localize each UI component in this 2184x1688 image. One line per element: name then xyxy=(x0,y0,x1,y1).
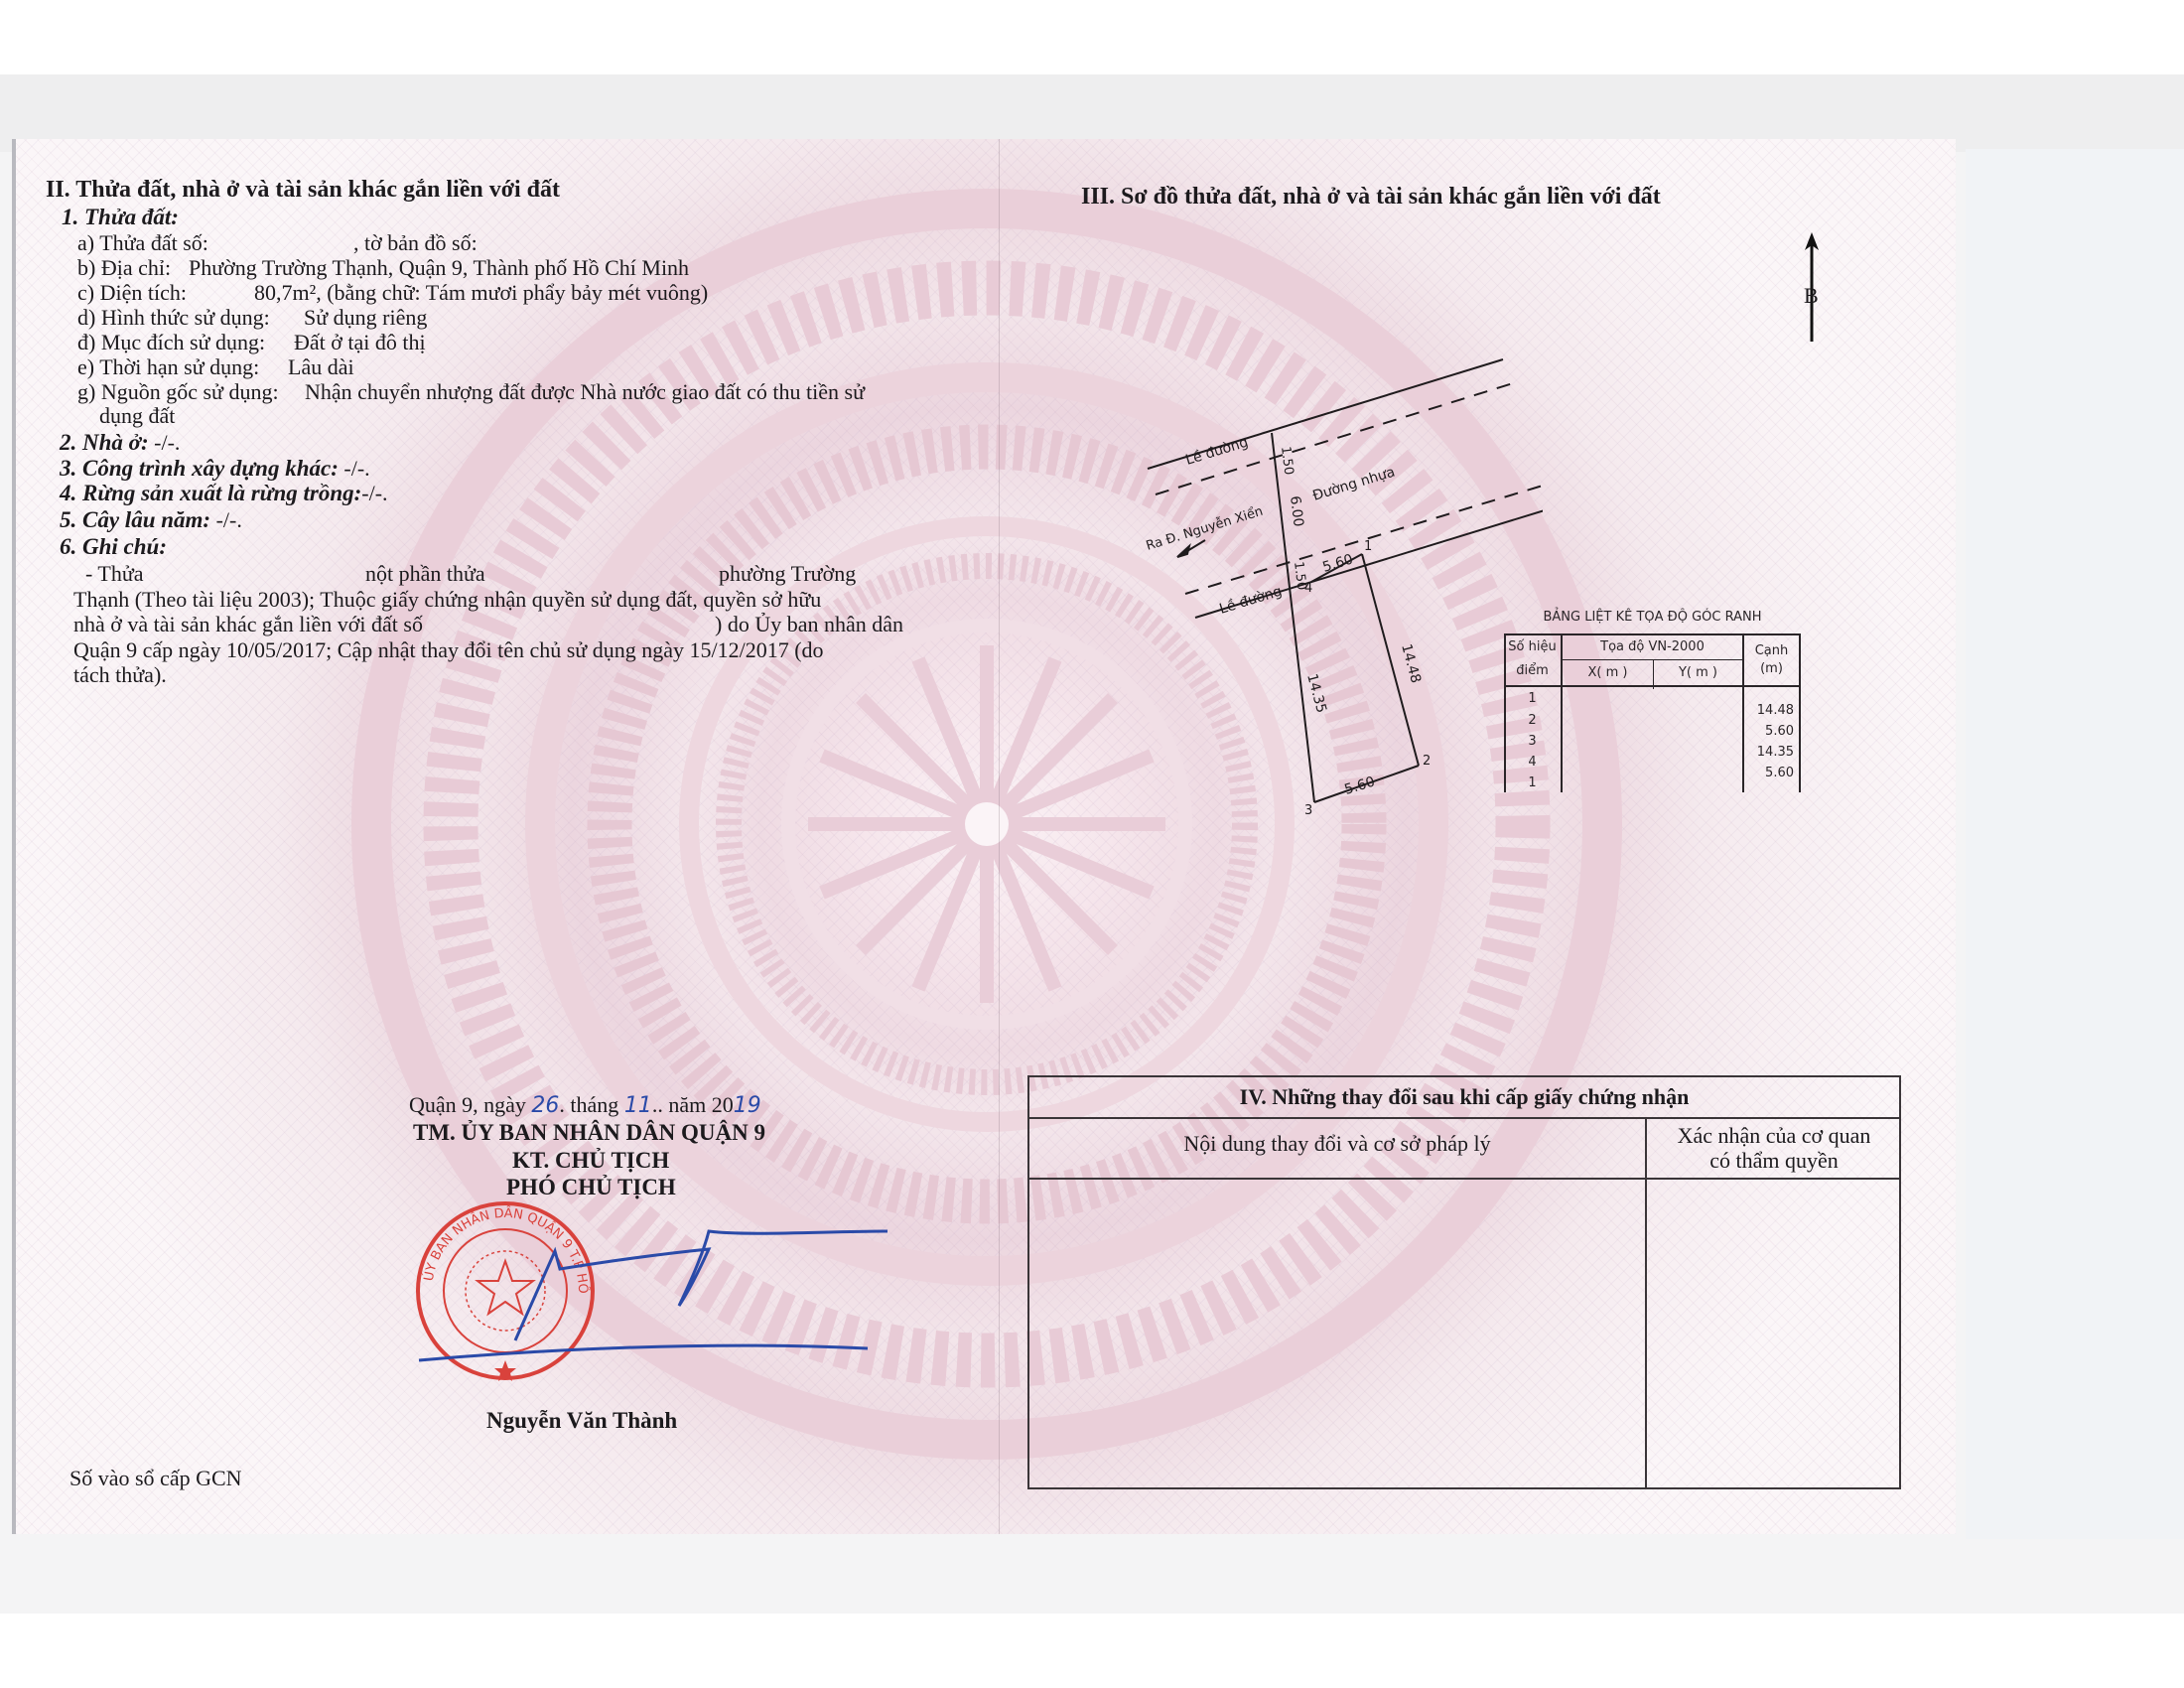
sidewalk-top-label: Lề đường xyxy=(1183,434,1250,469)
changes-content-header: Nội dung thay đổi và cơ sở pháp lý xyxy=(1029,1131,1645,1157)
notes-line1-c: phường Trường xyxy=(719,561,856,587)
perennial-value: -/-. xyxy=(216,507,242,532)
scanner-bed-right xyxy=(1966,149,2184,1539)
coord-table-title: BẢNG LIỆT KÊ TỌA ĐỘ GÓC RANH xyxy=(1504,610,1801,625)
point-3-label: 3 xyxy=(1304,803,1312,818)
signing-date: Quận 9, ngày 26. tháng 11.. năm 2019 xyxy=(409,1092,761,1118)
map-sheet-label: , tờ bản đồ số: xyxy=(353,230,478,256)
edge-4-1: 5.60 xyxy=(1320,551,1354,575)
usage-form-label: d) Hình thức sử dụng: xyxy=(77,305,270,331)
sidewalk-width-top: 1.50 xyxy=(1278,446,1296,477)
land-parcel-heading: 1. Thửa đất: xyxy=(62,205,179,230)
section-3-title: III. Sơ đồ thửa đất, nhà ở và tài sản kh… xyxy=(1081,184,1661,211)
road-width: 6.00 xyxy=(1287,495,1306,528)
other-construction-value: -/-. xyxy=(343,456,369,481)
point-1-label: 1 xyxy=(1364,539,1372,554)
signer-role-1: KT. CHỦ TỊCH xyxy=(512,1148,669,1174)
notes-line2: Thạnh (Theo tài liệu 2003); Thuộc giấy c… xyxy=(73,587,821,613)
perennial-label: 5. Cây lâu năm: xyxy=(60,507,210,532)
area-value: 80,7m², (bằng chữ: Tám mươi phẩy bảy mét… xyxy=(254,280,708,306)
usage-term-value: Lâu dài xyxy=(288,354,354,380)
direction-label: Ra Đ. Nguyễn Xiển xyxy=(1145,504,1265,554)
forest-label: 4. Rừng sản xuất là rừng trồng: xyxy=(60,481,361,505)
section-4-title: IV. Những thay đổi sau khi cấp giấy chứn… xyxy=(1029,1084,1899,1110)
signing-day: 26 xyxy=(531,1093,559,1118)
usage-purpose-label: đ) Mục đích sử dụng: xyxy=(77,330,265,355)
address-label: b) Địa chỉ: xyxy=(77,255,171,281)
notes-line3-a: nhà ở và tài sản khác gắn liền với đất s… xyxy=(73,612,423,637)
table-row: 1 xyxy=(1504,775,1561,790)
edge-3-4: 14.35 xyxy=(1303,672,1329,715)
parcel-diagram: Lề đường Đường nhựa Ra Đ. Nguyễn Xiển Lề… xyxy=(1126,338,1543,834)
other-construction-label: 3. Công trình xây dựng khác: xyxy=(60,456,339,481)
notes-line4: Quận 9 cấp ngày 10/05/2017; Cập nhật tha… xyxy=(73,637,824,663)
corner-coordinate-table: BẢNG LIỆT KÊ TỌA ĐỘ GÓC RANH Số hiệu điể… xyxy=(1504,633,1801,792)
origin-value-line1: Nhận chuyển nhượng đất được Nhà nước gia… xyxy=(305,379,865,405)
origin-label: g) Nguồn gốc sử dụng: xyxy=(77,379,279,405)
table-row: 1 xyxy=(1504,691,1561,706)
authority-confirm-header-1: Xác nhận của cơ quan xyxy=(1647,1123,1901,1149)
origin-value-line2: dụng đất xyxy=(99,403,175,429)
notes-line1-b: nột phần thửa xyxy=(365,561,485,587)
usage-form-value: Sử dụng riêng xyxy=(304,305,427,331)
page-fold-line xyxy=(999,139,1000,1534)
authority-confirm-cell xyxy=(1647,1180,1901,1487)
table-row: 2 xyxy=(1504,713,1561,728)
table-row: 3 xyxy=(1504,734,1561,749)
parcel-number-label: a) Thửa đất số: xyxy=(77,230,208,256)
section-2-title: II. Thửa đất, nhà ở và tài sản khác gắn … xyxy=(46,177,560,204)
usage-purpose-value: Đất ở tại đô thị xyxy=(294,330,426,355)
scan-margin-bottom xyxy=(0,1614,2184,1688)
address-value: Phường Trường Thạnh, Quận 9, Thành phố H… xyxy=(189,255,689,281)
signing-month: 11 xyxy=(624,1093,652,1118)
usage-term-label: e) Thời hạn sử dụng: xyxy=(77,354,259,380)
register-number-label: Số vào sổ cấp GCN xyxy=(69,1466,242,1491)
notes-line5: tách thửa). xyxy=(73,662,167,688)
north-label: B xyxy=(1804,283,1819,309)
changes-content-cell xyxy=(1029,1180,1645,1487)
official-seal-and-signature-icon: ỦY BAN NHÂN DÂN QUẬN 9 T.P HỒ CHÍ MINH xyxy=(411,1192,907,1390)
edge-2-3: 5.60 xyxy=(1342,774,1376,797)
notes-line3-b: ) do Ủy ban nhân dân xyxy=(715,612,903,637)
changes-table: IV. Những thay đổi sau khi cấp giấy chứn… xyxy=(1027,1075,1901,1489)
point-4-label: 4 xyxy=(1304,581,1312,596)
point-2-label: 2 xyxy=(1423,754,1431,769)
edge-1-2: 14.48 xyxy=(1398,642,1424,685)
road-label: Đường nhựa xyxy=(1310,464,1397,503)
area-label: c) Diện tích: xyxy=(77,280,187,306)
issuing-authority: TM. ỦY BAN NHÂN DÂN QUẬN 9 xyxy=(413,1120,765,1146)
house-value: -/-. xyxy=(154,430,180,455)
notes-line1-a: - Thửa xyxy=(85,561,144,587)
signer-name: Nguyễn Văn Thành xyxy=(486,1408,677,1434)
forest-value: -/-. xyxy=(361,481,387,505)
certificate-page: II. Thửa đất, nhà ở và tài sản khác gắn … xyxy=(12,139,1956,1534)
signing-year-suffix: 19 xyxy=(734,1093,761,1118)
notes-label: 6. Ghi chú: xyxy=(60,534,167,560)
table-row: 4 xyxy=(1504,755,1561,770)
sidewalk-bottom-label: Lề đường xyxy=(1217,583,1284,618)
house-label: 2. Nhà ở: xyxy=(60,430,149,455)
scan-margin-top xyxy=(0,0,2184,74)
authority-confirm-header-2: có thẩm quyền xyxy=(1647,1148,1901,1174)
